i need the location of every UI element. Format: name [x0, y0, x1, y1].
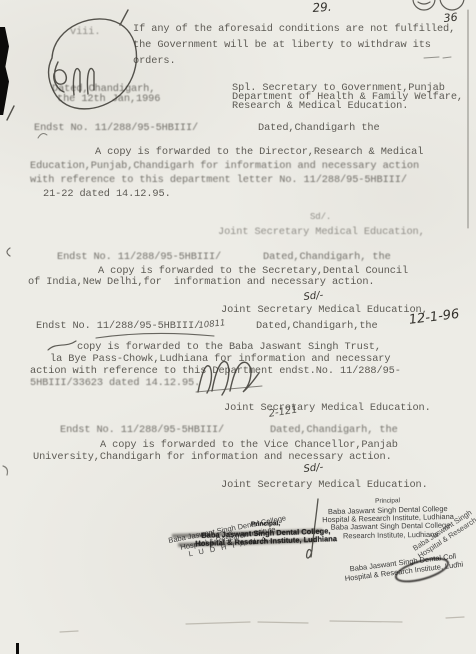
sd-abbrev: Sd/- [303, 290, 324, 303]
endst-body-line: A copy is forwarded to the Vice Chancell… [100, 439, 398, 451]
scan-mark-bottom-left [16, 643, 19, 654]
dateline: the 12th Jan,1996 [57, 93, 160, 105]
corner-circle-marks [413, 0, 464, 10]
endst-dated: Dated,Chandigarh, the [263, 251, 391, 263]
endst-body-line: A copy is forwarded to the Director,Rese… [95, 146, 423, 158]
endst-ref: Endst No. 11/288/95-5HBIII/ [60, 424, 224, 436]
endst-body-line: 21-22 dated 14.12.95. [43, 188, 171, 200]
endst-dated: Dated,Chandigarh,the [256, 320, 378, 332]
endst-body-line: 5HBIII/33623 dated 14.12.95. [30, 377, 200, 389]
signatory-line: Research & Medical Education. [232, 100, 408, 112]
endst-dated: Dated,Chandigarh the [258, 122, 380, 134]
endst-body-line: copy is forwarded to the Baba Jaswant Si… [77, 341, 381, 353]
lead-in-stroke [48, 341, 76, 350]
endst-signoff: Joint Secretary Medical Education, [221, 304, 428, 316]
left-mark [7, 248, 10, 256]
clause-line: the Government will be at liberty to wit… [133, 39, 431, 51]
endst-signoff: Joint Secretary Medical Education. [224, 402, 431, 414]
stamp-diagonal-left: Baba Jaswant Singh Dental College Hospit… [148, 510, 310, 566]
endst-body-line: University,Chandigarh for information an… [33, 451, 392, 463]
endst-signoff: Joint Secretary Medical Education. [221, 479, 428, 491]
endst-dated: Dated,Chandigarh, the [270, 424, 398, 436]
endst-ref: Endst No. 11/288/95-5HBIII/ [36, 320, 200, 332]
endst-body-line: with reference to this department letter… [30, 174, 407, 186]
scanned-document-page: 29. 36 viii. If any of the aforesaid con… [0, 0, 476, 654]
endst-ref: Endst No. 11/288/95-5HBIII/ [34, 122, 198, 134]
endst-body-line: la Bye Pass-Chowk,Ludhiana for informati… [50, 353, 390, 365]
endst-body-line: Education,Punjab,Chandigarh for informat… [30, 160, 419, 172]
small-curl [38, 134, 47, 138]
left-mark [3, 466, 8, 475]
clause-number: viii. [70, 26, 100, 38]
handwritten-endst-number: 10811 [198, 318, 226, 331]
clause-line: orders. [133, 55, 176, 67]
overline-stroke [96, 333, 214, 338]
endst-signoff: Joint Secretary Medical Education, [218, 226, 425, 238]
dash-mark [424, 57, 451, 58]
endst-body-line: of India,New Delhi,for information and n… [28, 276, 375, 288]
endst-body-line: action with reference to this Department… [30, 365, 401, 377]
handwritten-page-number: 29. [312, 0, 332, 15]
sd-abbrev: Sd/- [303, 462, 324, 475]
bottom-smudges [60, 617, 464, 632]
sd-abbrev: Sd/. [310, 212, 331, 222]
clause-line: If any of the aforesaid conditions are n… [133, 23, 455, 35]
endst-ref: Endst No. 11/288/95-5HBIII/ [57, 251, 221, 263]
scan-edge-artifact [0, 27, 9, 115]
